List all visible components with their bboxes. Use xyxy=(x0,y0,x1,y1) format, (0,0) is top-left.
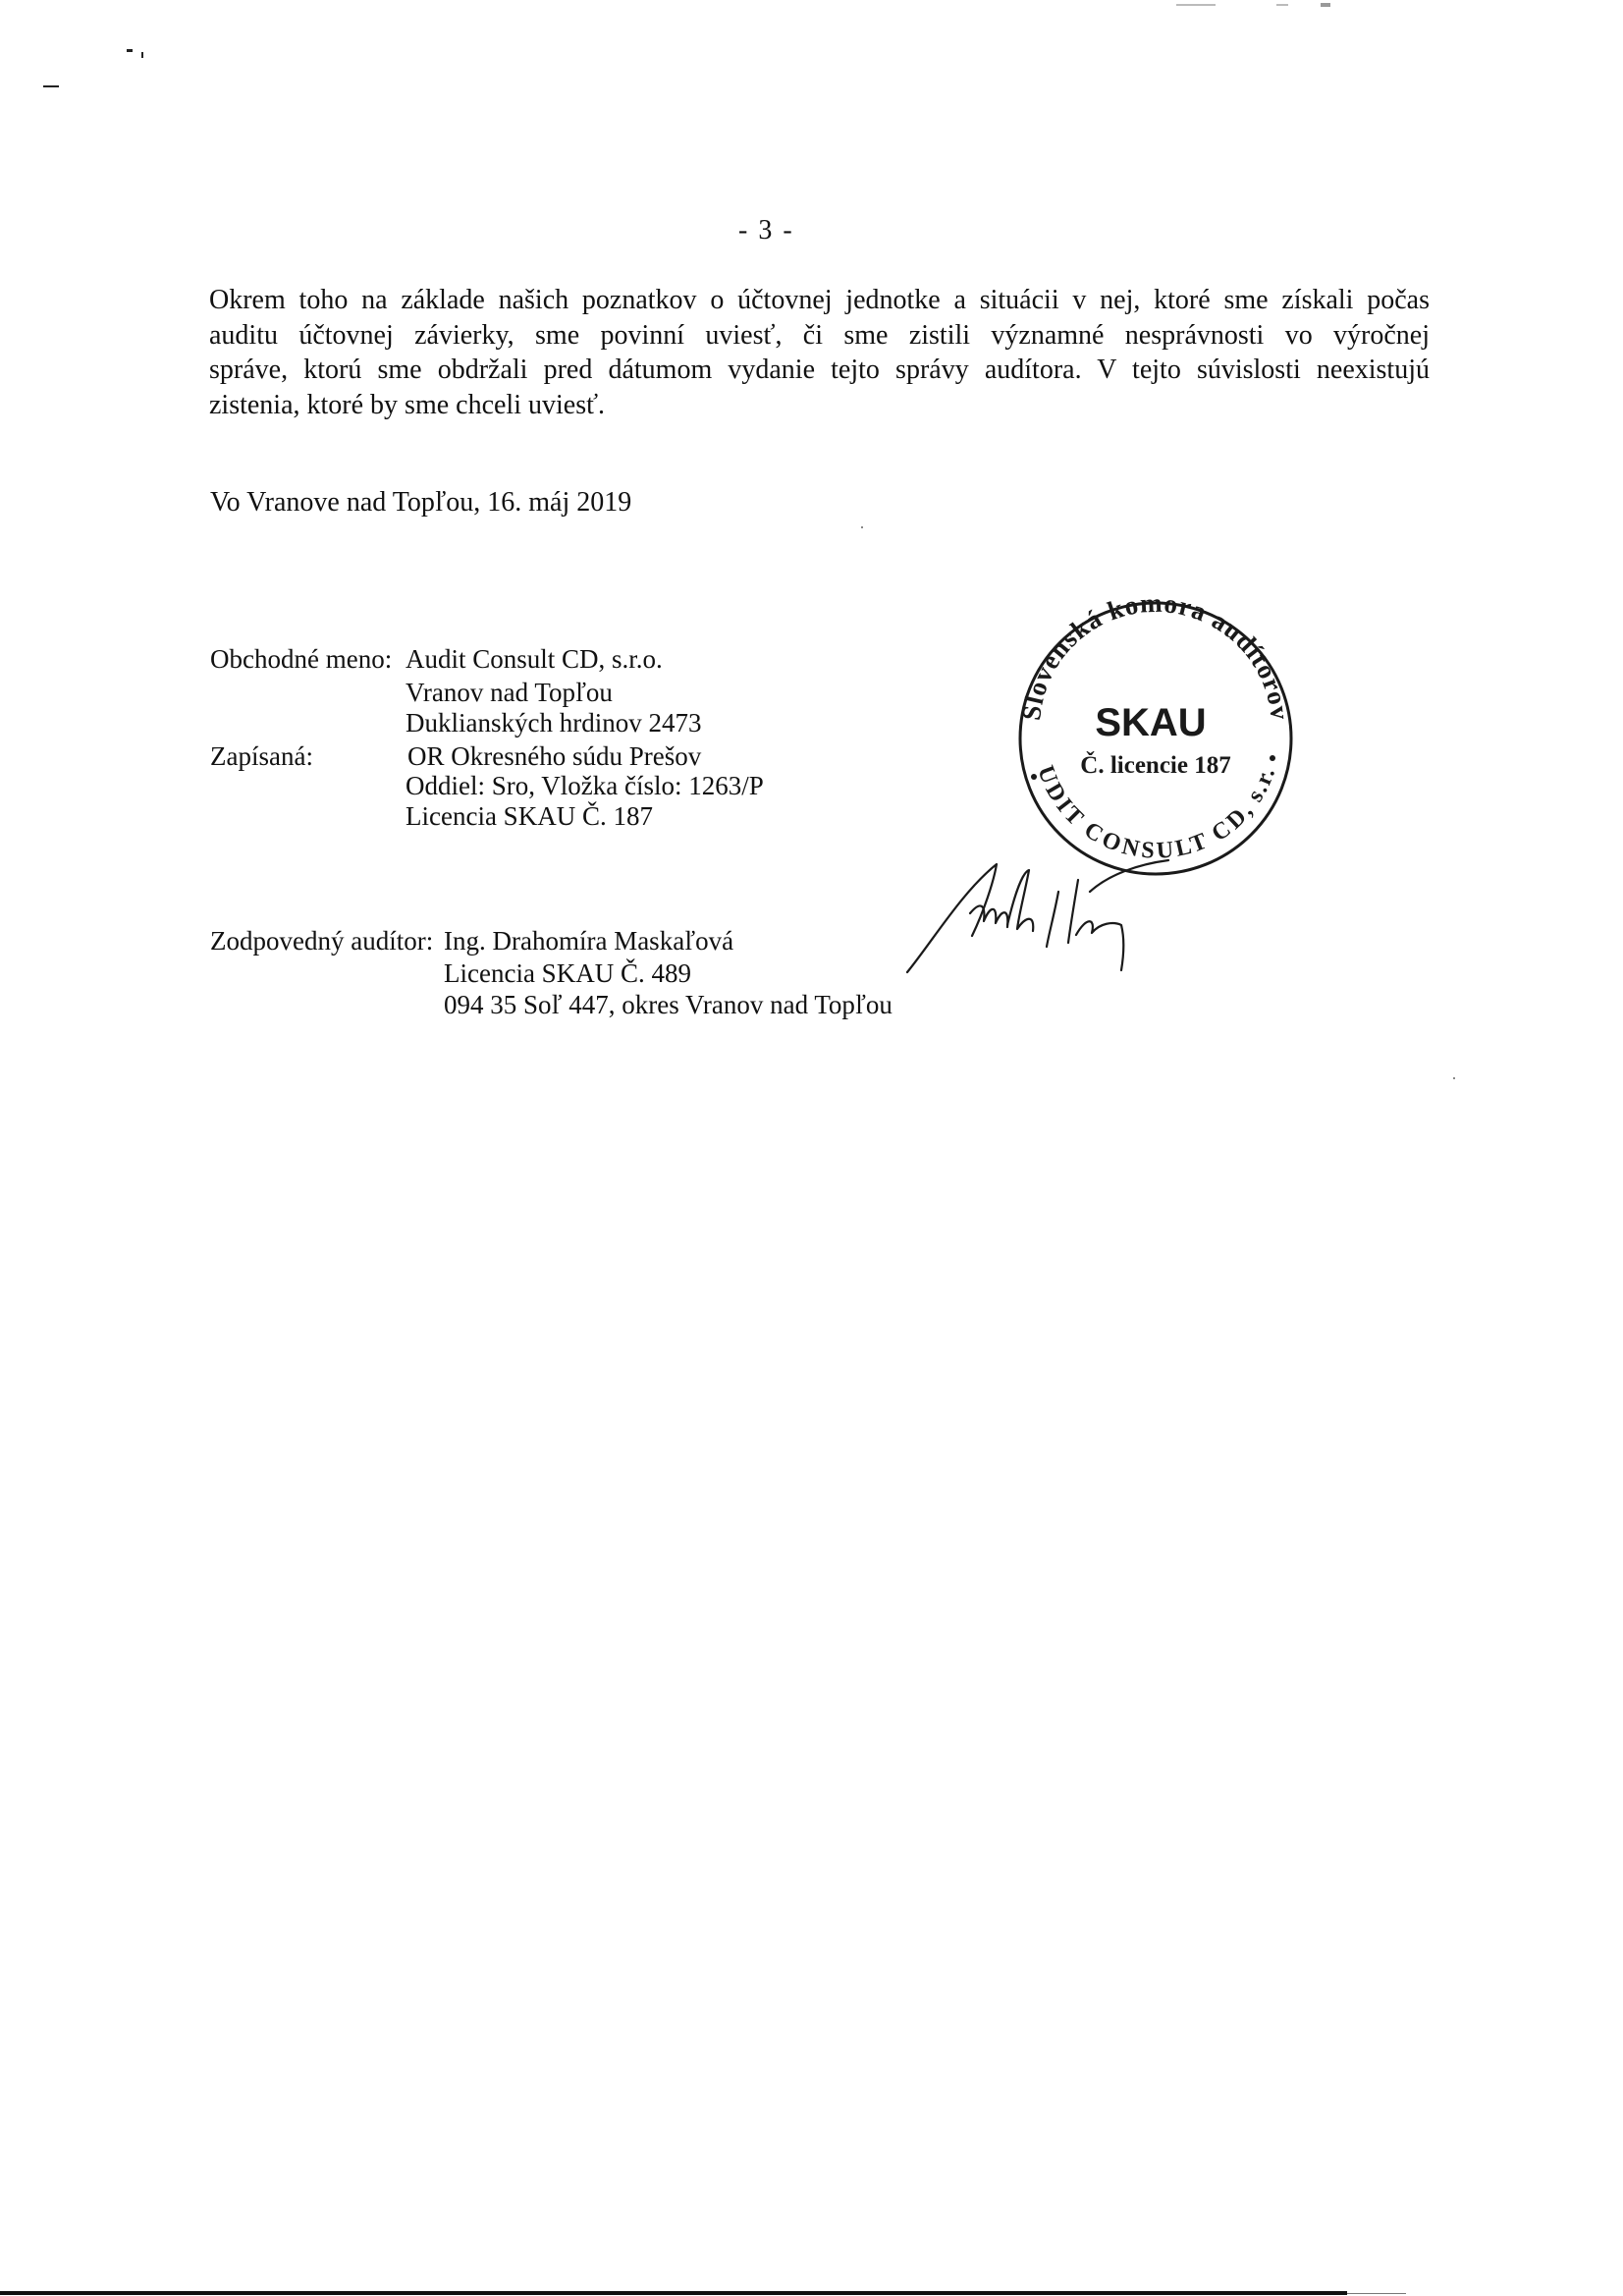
auditor-label: Zodpovedný audítor: xyxy=(210,928,433,955)
bottom-scan-edge xyxy=(0,2291,1347,2295)
page-number: - 3 - xyxy=(738,215,794,246)
company-name-label: Obchodné meno: xyxy=(210,646,392,673)
scan-speck xyxy=(1453,1077,1455,1079)
company-name: Audit Consult CD, s.r.o. xyxy=(406,646,663,673)
company-city: Vranov nad Topľou xyxy=(406,680,613,706)
auditor-name: Ing. Drahomíra Maskaľová xyxy=(444,928,733,955)
scan-speck xyxy=(861,526,863,528)
place-and-date: Vo Vranove nad Topľou, 16. máj 2019 xyxy=(210,487,631,519)
scan-speck xyxy=(43,85,59,87)
stamp-center-subtitle: Č. licencie 187 xyxy=(1080,750,1230,779)
company-license: Licencia SKAU Č. 187 xyxy=(406,803,653,830)
scan-speck xyxy=(141,52,143,58)
stamp-dot-right xyxy=(1270,755,1275,761)
scan-speck xyxy=(1276,4,1288,6)
paragraph-line: auditu účtovnej závierky, sme povinní uv… xyxy=(209,318,1430,354)
auditor-license: Licencia SKAU Č. 489 xyxy=(444,960,691,987)
official-stamp: Slovenská komora audítorov AUDIT CONSULT… xyxy=(1013,596,1298,881)
handwritten-signature xyxy=(903,852,1178,980)
auditor-address: 094 35 Soľ 447, okres Vranov nad Topľou xyxy=(444,992,893,1018)
scan-speck xyxy=(1176,4,1216,6)
registered-value: OR Okresného súdu Prešov xyxy=(407,743,701,770)
stamp-center-title: SKAU xyxy=(1095,701,1206,744)
scan-speck xyxy=(1321,3,1330,7)
body-paragraph: Okrem toho na základe našich poznatkov o… xyxy=(209,283,1430,422)
paragraph-line: správe, ktorú sme obdržali pred dátumom … xyxy=(209,353,1430,388)
paragraph-line: zistenia, ktoré by sme chceli uviesť. xyxy=(209,388,1430,423)
stamp-dot-left xyxy=(1031,774,1037,780)
company-street: Duklianských hrdinov 2473 xyxy=(406,710,701,737)
paragraph-line: Okrem toho na základe našich poznatkov o… xyxy=(209,283,1430,318)
scan-speck xyxy=(127,49,133,52)
company-section: Oddiel: Sro, Vložka číslo: 1263/P xyxy=(406,773,764,799)
bottom-scan-edge-tail xyxy=(1347,2293,1406,2294)
registered-label: Zapísaná: xyxy=(210,743,313,770)
